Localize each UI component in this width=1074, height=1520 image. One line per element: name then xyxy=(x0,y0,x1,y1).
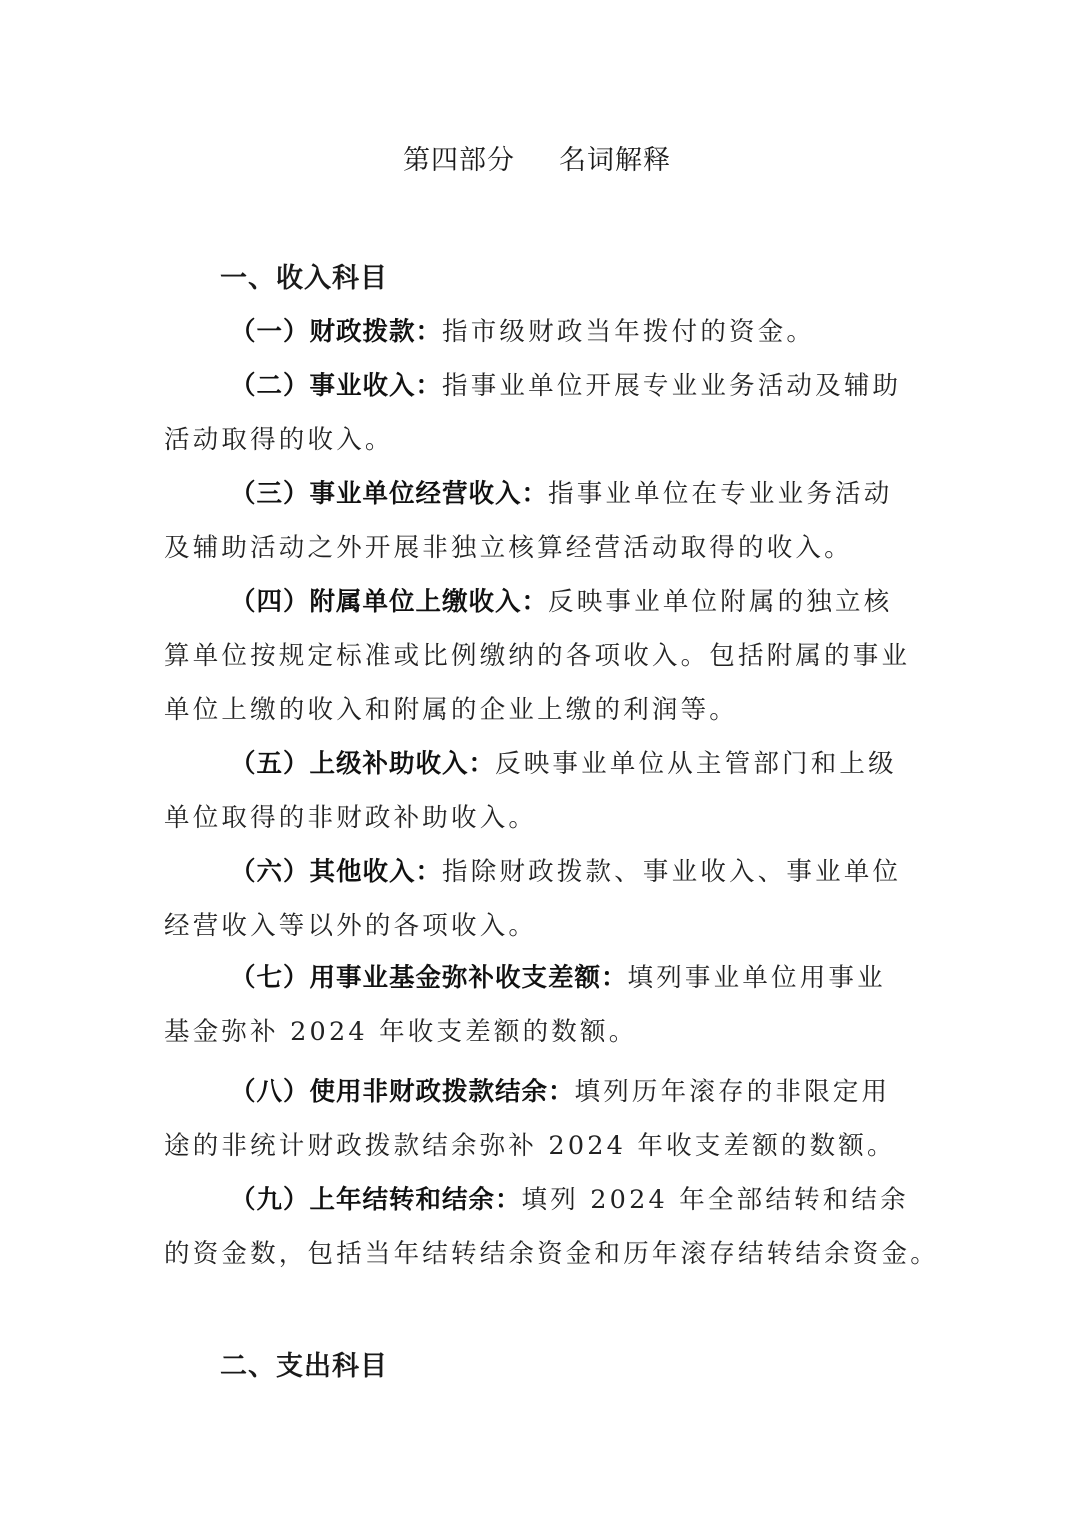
definition-text: 经营收入等以外的各项收入。 xyxy=(164,906,924,942)
definition-text: 填列历年滚存的非限定用 xyxy=(575,1077,891,1107)
definition-term: （八）使用非财政拨款结余： xyxy=(230,1077,575,1107)
definition-term: （一）财政拨款： xyxy=(230,317,442,347)
title-name: 名词解释 xyxy=(559,145,671,176)
document-page: 第四部分名词解释 一、收入科目 （一）财政拨款：指市级财政当年拨付的资金。 （二… xyxy=(0,0,1074,1520)
definition-term: （九）上年结转和结余： xyxy=(230,1185,522,1215)
definition-text: 单位取得的非财政补助收入。 xyxy=(164,798,924,834)
definition-text: 指除财政拨款、事业收入、事业单位 xyxy=(442,857,901,887)
definition-text: 指事业单位在专业业务活动 xyxy=(548,479,892,509)
title-part: 第四部分 xyxy=(403,145,515,176)
definition-text: 指市级财政当年拨付的资金。 xyxy=(442,317,815,347)
definition-term: （七）用事业基金弥补收支差额： xyxy=(230,963,628,993)
section-heading-income: 一、收入科目 xyxy=(220,256,388,295)
definition-text: 单位上缴的收入和附属的企业上缴的利润等。 xyxy=(164,690,924,726)
definition-text: 反映事业单位从主管部门和上级 xyxy=(495,749,897,779)
definition-text: 填列事业单位用事业 xyxy=(628,963,886,993)
definition-text: 反映事业单位附属的独立核 xyxy=(548,587,892,617)
definition-text: 的资金数，包括当年结转结余资金和历年滚存结转结余资金。 xyxy=(164,1234,924,1270)
definition-term: （五）上级补助收入： xyxy=(230,749,495,779)
definition-text: 及辅助活动之外开展非独立核算经营活动取得的收入。 xyxy=(164,528,924,564)
definition-item: （二）事业收入：指事业单位开展专业业务活动及辅助 xyxy=(230,366,990,402)
page-title: 第四部分名词解释 xyxy=(0,138,1074,177)
definition-item: （四）附属单位上缴收入：反映事业单位附属的独立核 xyxy=(230,582,990,618)
definition-text: 活动取得的收入。 xyxy=(164,420,924,456)
definition-item: （六）其他收入：指除财政拨款、事业收入、事业单位 xyxy=(230,852,990,888)
definition-item: （一）财政拨款：指市级财政当年拨付的资金。 xyxy=(230,312,990,348)
definition-term: （四）附属单位上缴收入： xyxy=(230,587,548,617)
definition-text: 途的非统计财政拨款结余弥补 2024 年收支差额的数额。 xyxy=(164,1126,924,1162)
section-heading-expenditure: 二、支出科目 xyxy=(220,1344,388,1383)
definition-term: （三）事业单位经营收入： xyxy=(230,479,548,509)
definition-text: 指事业单位开展专业业务活动及辅助 xyxy=(442,371,901,401)
definition-item: （五）上级补助收入：反映事业单位从主管部门和上级 xyxy=(230,744,990,780)
definition-item: （八）使用非财政拨款结余：填列历年滚存的非限定用 xyxy=(230,1072,990,1108)
definition-item: （九）上年结转和结余：填列 2024 年全部结转和结余 xyxy=(230,1180,990,1216)
definition-text: 填列 2024 年全部结转和结余 xyxy=(522,1185,909,1215)
definition-text: 算单位按规定标准或比例缴纳的各项收入。包括附属的事业 xyxy=(164,636,924,672)
definition-text: 基金弥补 2024 年收支差额的数额。 xyxy=(164,1012,924,1048)
definition-item: （三）事业单位经营收入：指事业单位在专业业务活动 xyxy=(230,474,990,510)
definition-term: （六）其他收入： xyxy=(230,857,442,887)
definition-item: （七）用事业基金弥补收支差额：填列事业单位用事业 xyxy=(230,958,990,994)
definition-term: （二）事业收入： xyxy=(230,371,442,401)
